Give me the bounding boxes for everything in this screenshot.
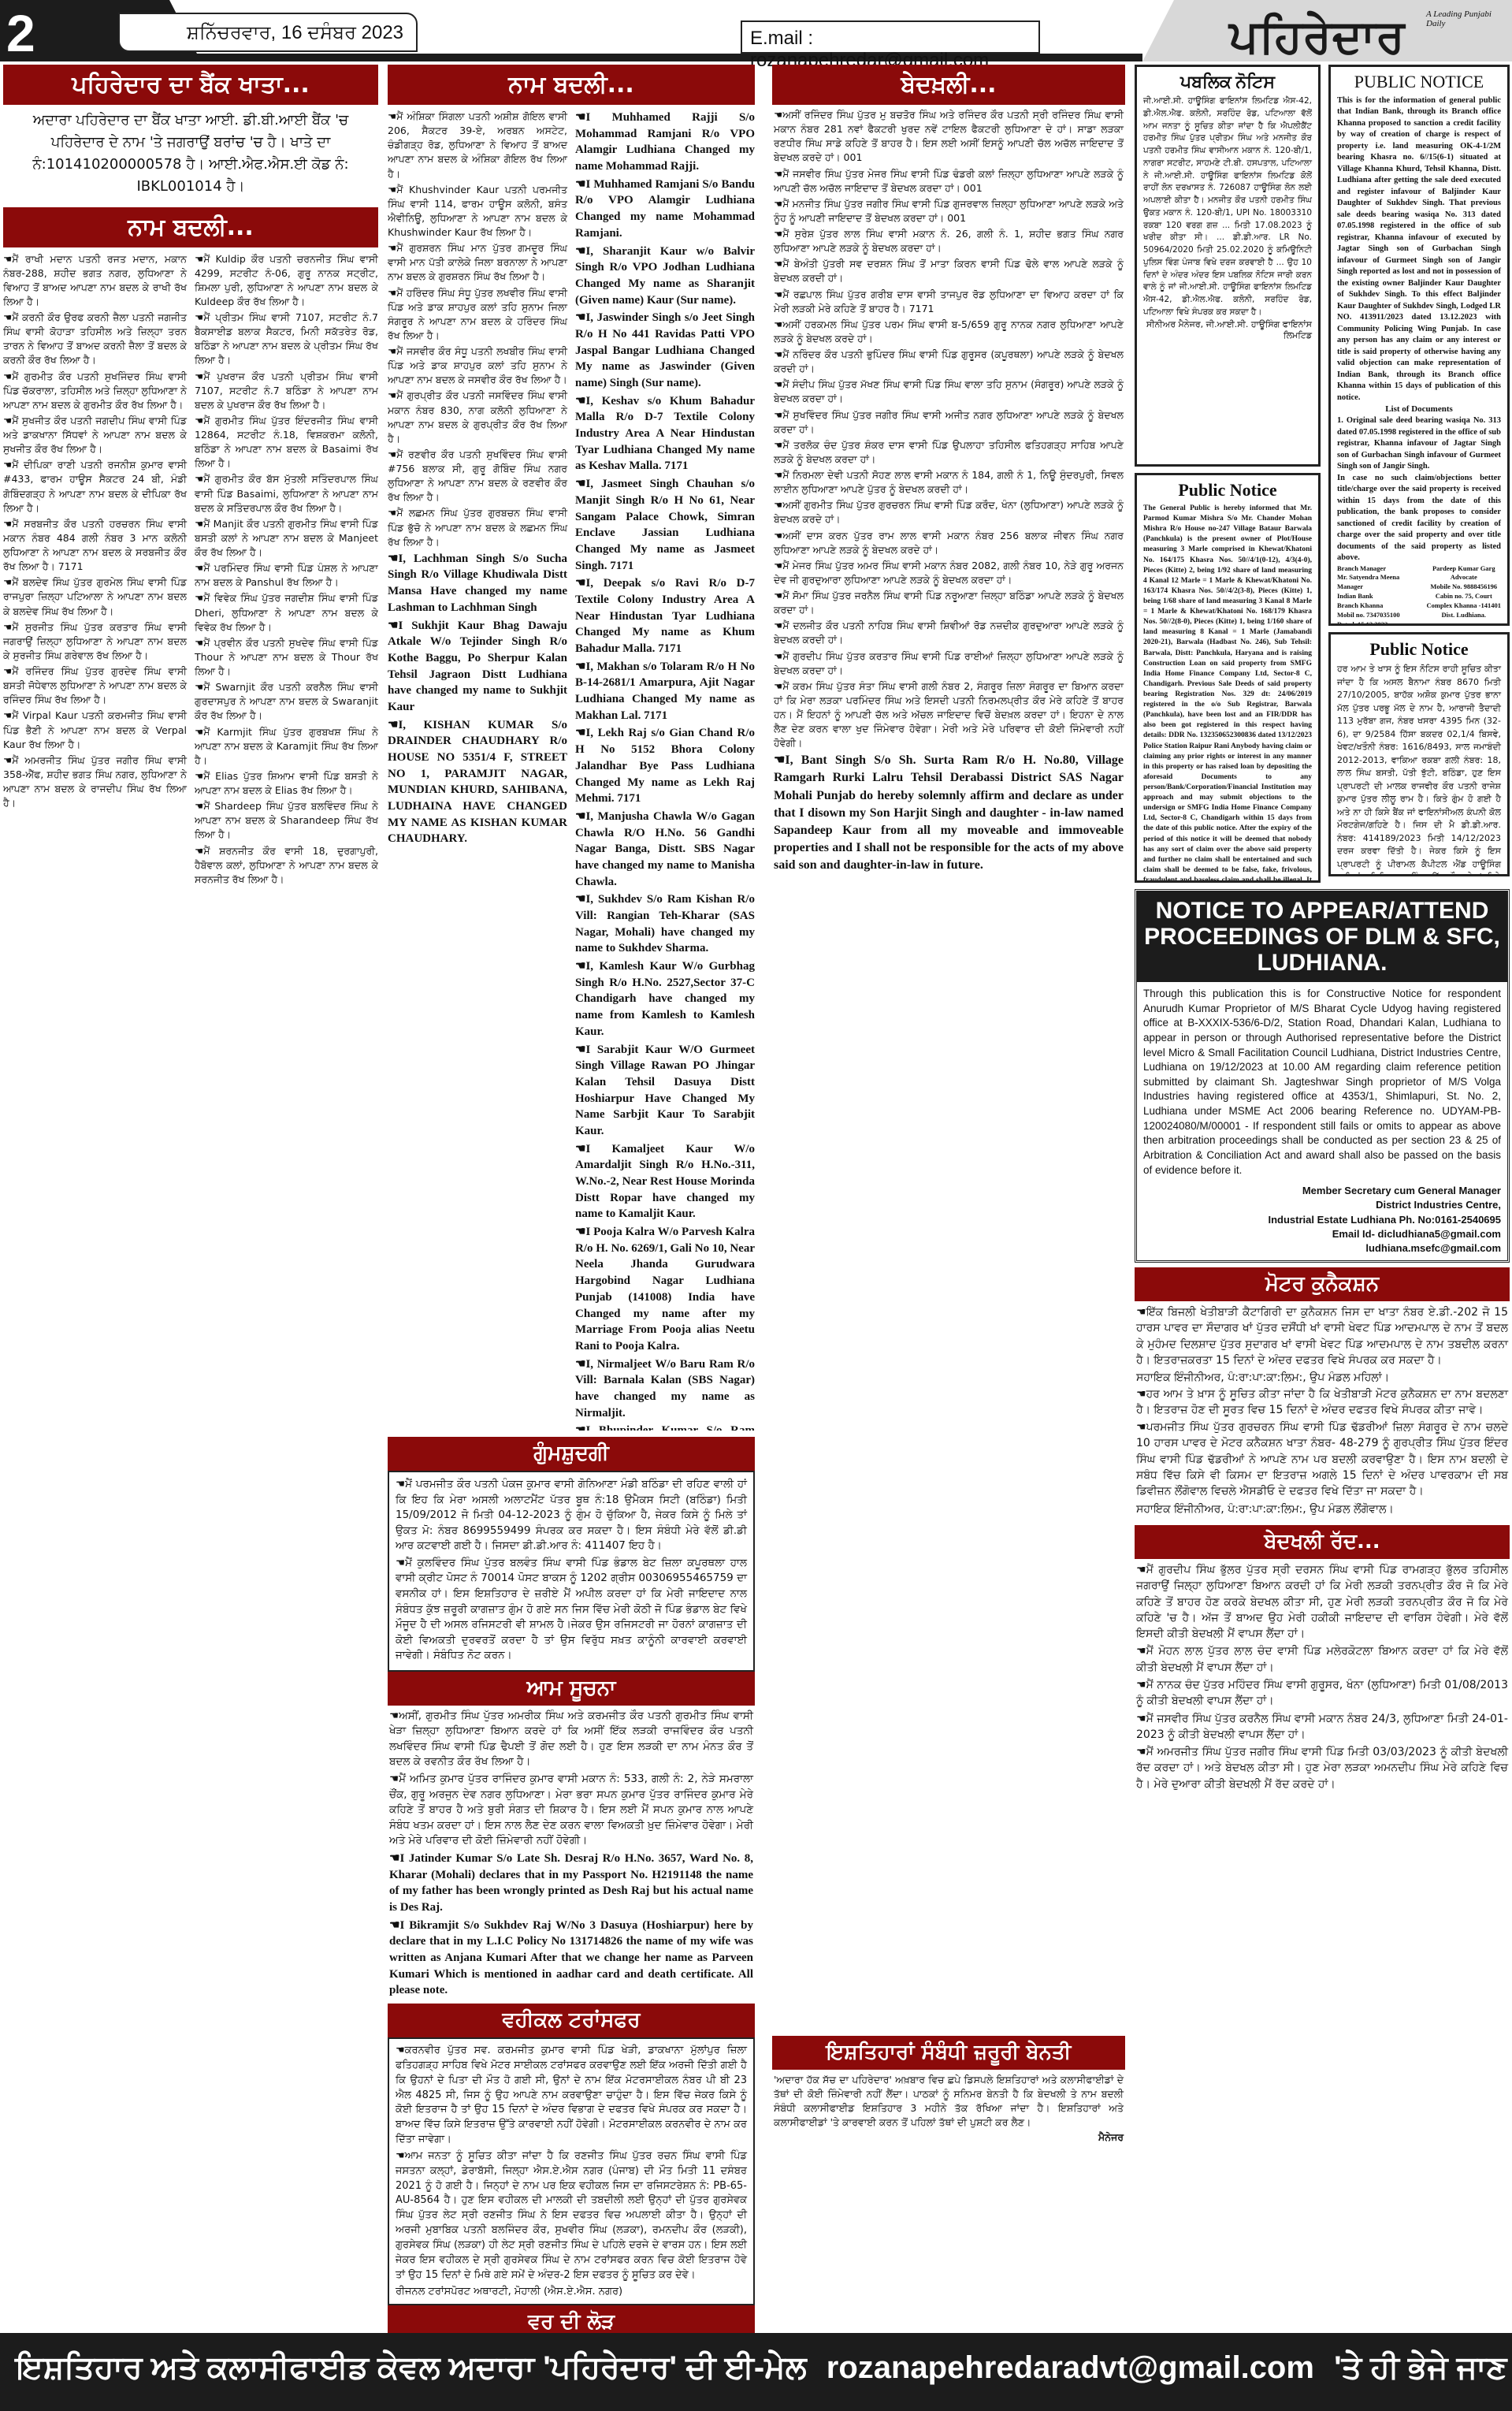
sig-line: Dist. Ludhiana. [1427,611,1501,620]
sig-line[interactable]: ludhiana.msefc@gmail.com [1143,1241,1501,1256]
dlm-notice: NOTICE TO APPEAR/ATTEND PROCEEDINGS OF D… [1135,889,1510,1263]
list-item: ਮੈਂ ਨਰਿੰਦਰ ਕੌਰ ਪਤਨੀ ਭੁਪਿੰਦਰ ਸਿੰਘ ਵਾਸੀ ਪਿ… [774,348,1124,376]
list-item: I, Bant Singh S/o Sh. Surta Ram R/o H. N… [774,752,1124,874]
ads-request-signature: ਮੈਨੇਜਰ [774,2130,1124,2145]
bathinda-notice-text: ਹਰ ਆਮ ਤੇ ਖਾਸ ਨੂੰ ਇਸ ਨੋਟਿਸ ਰਾਹੀ ਸੂਚਿਤ ਕੀਤ… [1337,663,1501,876]
list-item: I Sukhjit Kaur Bhag Dawaju Atkale W/o Te… [388,618,567,716]
list-item: ਮੈਂ ਸੁਖਵਿੰਦਰ ਸਿੰਘ ਪੁੱਤਰ ਜਗੀਰ ਸਿੰਘ ਵਾਸੀ ਅ… [774,408,1124,437]
list-item: ਮੈਂ ਗੁਰਦੀਪ ਸਿੰਘ ਪੁੱਤਰ ਕਰਤਾਰ ਸਿੰਘ ਵਾਸੀ ਪਿ… [774,649,1124,678]
name-change-mid-col-2: I Muhhamed Rajji S/o Mohammad Ramjani R/… [575,110,755,1431]
list-item: I Jatinder Kumar S/o Late Sh. Desraj R/o… [389,1851,753,1916]
missing-box: ਮੈਂ ਪਰਮਜੀਤ ਕੌਰ ਪਤਨੀ ਪੰਕਜ ਕੁਮਾਰ ਵਾਸੀ ਗੋਨਿ… [388,1471,755,1672]
list-item: I, Lachhman Singh S/o Sucha Singh R/o Vi… [388,551,567,616]
motor-signature: ਸਹਾਇਕ ਇੰਜੀਨੀਅਰ, ਪੰ:ਰਾ:ਪਾ:ਕਾ:ਲਿਮ:, ਉਪ ਮੰਡ… [1136,1370,1508,1386]
sig-line: Mobil no. 7347035100 [1337,611,1400,620]
sig-line: Advocate [1427,573,1501,582]
list-item: ਮੈਂ ਸ਼ਰਨਜੀਤ ਕੌਰ ਵਾਸੀ 18, ਦੁਰਗਾਪੁਰੀ, ਹੈਬੋ… [195,844,378,887]
masthead: 2 ਸ਼ਨਿੱਚਰਵਾਰ, 16 ਦਸੰਬਰ 2023 E.mail : roz… [0,0,1512,63]
list-item: ਮੈਂ ਵਿਵੇਕ ਸਿੰਘ ਪੁੱਤਰ ਜਗਦੀਸ਼ ਸਿੰਘ ਵਾਸੀ ਪਿ… [195,591,378,634]
sig-line: Mr. Satyendra Meena [1337,573,1400,582]
bathinda-public-notice: Public Notice ਹਰ ਆਮ ਤੇ ਖਾਸ ਨੂੰ ਇਸ ਨੋਟਿਸ … [1328,632,1510,876]
list-item: I, Keshav s/o Khum Bahadur Malla R/o D-7… [575,393,755,474]
name-change-mid-header: ਨਾਮ ਬਦਲੀ... [388,65,755,105]
list-item: I Muhhamed Ramjani S/o Bandu R/o VPO Ala… [575,177,755,242]
smfg-notice-text: The General Public is hereby informed th… [1143,504,1312,883]
list-item: ਇੱਕ ਬਿਜਲੀ ਖੇਤੀਬਾੜੀ ਕੈਟਾਗਿਰੀ ਦਾ ਕੁਨੈਕਸ਼ਨ … [1136,1304,1508,1368]
list-item: ਅਸੀਂ ਦਾਸ ਕਰਨ ਪੁੱਤਰ ਰਾਮ ਲਾਲ ਵਾਸੀ ਮਕਾਨ ਨੰਬ… [774,529,1124,557]
list-item: ਅਸੀਂ ਰਜਿੰਦਰ ਸਿੰਘ ਪੁੱਤਰ ਮੁ ਬਚਤੋਰ ਸਿੰਘ ਅਤੇ… [774,108,1124,166]
sig-line: Branch Manager [1337,564,1400,574]
docs-title: List of Documents [1337,404,1501,415]
list-item: ਪਰਮਜੀਤ ਸਿੰਘ ਪੁੱਤਰ ਗੁਰਚਰਨ ਸਿੰਘ ਵਾਸੀ ਪਿੰਡ … [1136,1419,1508,1499]
smfg-notice-title: Public Notice [1143,480,1312,500]
list-item: ਮੈਂ ਰਣਵੀਰ ਕੌਰ ਪਤਨੀ ਸੁਖਵਿੰਦਰ ਸਿੰਘ ਵਾਸੀ #7… [388,448,567,505]
list-item: I Sarabjit Kaur W/O Gurmeet Singh Villag… [575,1042,755,1140]
list-item: ਮੈਂ Khushvinder Kaur ਪਤਨੀ ਪਰਮਜੀਤ ਸਿੰਘ ਵਾ… [388,183,567,240]
list-item: ਮੈਂ ਸੁਰਜੀਤ ਸਿੰਘ ਪੁੱਤਰ ਕਰਤਾਰ ਸਿੰਘ ਵਾਸੀ ਜਗ… [3,620,187,663]
list-item: ਮੈਂ ਬੇਅੰਤੀ ਪੁੱਤਰੀ ਸਵ ਦਰਸ਼ਨ ਸਿੰਘ ਤੋਂ ਮਾਤਾ… [774,257,1124,285]
list-item: ਮੈਂ Shardeep ਸਿੰਘ ਪੁੱਤਰ ਬਲਵਿੰਦਰ ਸਿੰਘ ਨੇ … [195,799,378,842]
list-item: ਮੈਂ ਸੁਰੇਸ਼ ਪੁੱਤਰ ਲਾਲ ਸਿੰਘ ਵਾਸੀ ਮਕਾਨ ਨੰ. … [774,227,1124,255]
list-item: ਮੈਂ ਗੁਰਮੀਤ ਸਿੰਘ ਪੁੱਤਰ ਇੰਦਰਜੀਤ ਸਿੰਘ ਵਾਸੀ … [195,414,378,471]
list-item: ਮੈਂ ਮੋਹਨ ਲਾਲ ਪੁੱਤਰ ਲਾਲ ਚੰਦ ਵਾਸੀ ਪਿੰਡ ਮਲੇ… [1136,1643,1508,1676]
closing-text: In case no such claim/objections better … [1337,473,1501,564]
name-change-col-2: ਮੈਂ Kuldip ਕੌਰ ਪਤਨੀ ਚਰਨਜੀਤ ਸਿੰਘ ਵਾਸੀ 429… [195,252,378,2333]
punjabi-notice-title: ਪਬਲਿਕ ਨੋਟਿਸ [1143,72,1312,92]
list-item: ਮੈਂ ਗੁਰਦੀਪ ਸਿੰਘ ਭੁੱਲਰ ਪੁੱਤਰ ਸ੍ਰੀ ਦਰਸਨ ਸਿ… [1136,1562,1508,1642]
ads-request-body: 'ਅਦਾਰਾ ਹੱਕ ਸੱਚ ਦਾ ਪਹਿਰੇਦਾਰ' ਅਖ਼ਬਾਰ ਵਿਚ ਛ… [772,2070,1125,2148]
indian-bank-notice-text: This is for the information of general p… [1337,95,1501,404]
notices-top-row: ਪਬਲਿਕ ਨੋਟਿਸ ਜੀ.ਆਈ.ਸੀ. ਹਾਊਸਿੰਗ ਫਾਇਨਾਂਸ ਲਿ… [1135,65,1510,883]
name-change-list: ਮੈਂ ਰਾਖੀ ਮਦਾਨ ਪਤਨੀ ਰਜਤ ਮਦਾਨ, ਮਕਾਨ ਨੰਬਰ-2… [3,252,378,2333]
list-item: ਅਸੀਂ ਗੁਰਮੀਤ ਸਿੰਘ ਪੁੱਤਰ ਗੁਰਚਰਨ ਸਿੰਘ ਵਾਸੀ … [774,498,1124,526]
list-item: ਮੈਂ ਅਮਰਜੀਤ ਸਿੰਘ ਪੁੱਤਰ ਜਗੀਰ ਸਿੰਘ ਵਾਸੀ ਪਿੰ… [1136,1744,1508,1792]
general-notice-header: ਆਮ ਸੂਚਨਾ [388,1672,755,1706]
footer-email[interactable]: rozanapehredaradvt@gmail.com [827,2350,1314,2385]
indian-bank-notice-title: PUBLIC NOTICE [1337,72,1501,92]
list-item: ਮੈਂ ਅਮਿਤ ਕੁਮਾਰ ਪੁੱਤਰ ਰਾਜਿੰਦਰ ਕੁਮਾਰ ਵਾਸੀ … [389,1772,753,1849]
list-item: ਮੈਂ Karmjit ਸਿੰਘ ਪੁੱਤਰ ਗੁਰਬਖਸ਼ ਸਿੰਘ ਨੇ ਆ… [195,725,378,768]
list-item: I, Kamlesh Kaur W/o Gurbhag Singh R/o H.… [575,958,755,1040]
list-item: ਮੈਂ ਸੁਖਜੀਤ ਕੌਰ ਪਤਨੀ ਜਗਦੀਪ ਸਿੰਘ ਵਾਸੀ ਪਿੰਡ… [3,414,187,456]
sig-line: Indian Bank [1337,592,1400,601]
list-item: ਮੈਂ ਅਮਰਜੀਤ ਸਿੰਘ ਪੁੱਤਰ ਜਗੀਰ ਸਿੰਘ ਵਾਸੀ 358… [3,753,187,811]
motor-connection-body: ਇੱਕ ਬਿਜਲੀ ਖੇਤੀਬਾੜੀ ਕੈਟਾਗਿਰੀ ਦਾ ਕੁਨੈਕਸ਼ਨ … [1135,1301,1510,1520]
sig-right: Pardeep Kumar Garg Advocate Mobile No. 9… [1427,564,1501,626]
list-item: ਮੈਂ ਗੁਰਸ਼ਰਨ ਸਿੰਘ ਮਾਨ ਪੁੱਤਰ ਗਮਦੂਰ ਸਿੰਘ ਵਾ… [388,241,567,284]
missing-header: ਗੁੰਮਸ਼ੁਦਗੀ [388,1437,755,1471]
list-item: ਮੈਂ ਮਨਜੀਤ ਸਿੰਘ ਪੁੱਤਰ ਜਗੀਰ ਸਿੰਘ ਵਾਸੀ ਪਿੰਡ… [774,197,1124,225]
dlm-notice-signature: Member Secretary cum General Manager Dis… [1143,1184,1501,1256]
list-item: ਮੈਂ ਗੁਰਮੀਤ ਕੌਰ ਬੱਸ ਮੁੱਤਲੀ ਸਤਿੰਦਰਪਾਲ ਸਿੰਘ… [195,472,378,515]
list-item: ਮੈਂ ਅੰਸ਼ਿਕਾ ਸਿੰਗਲਾ ਪਤਨੀ ਅਸ਼ੀਸ਼ ਗੋਇਲ ਵਾਸੀ… [388,110,567,181]
list-item: ਮੈਂ ਪੁਖਰਾਜ ਕੌਰ ਪਤਨੀ ਪ੍ਰੀਤਮ ਸਿੰਘ ਵਾਸੀ 710… [195,370,378,412]
disown-revoke-body: ਮੈਂ ਗੁਰਦੀਪ ਸਿੰਘ ਭੁੱਲਰ ਪੁੱਤਰ ਸ੍ਰੀ ਦਰਸਨ ਸਿ… [1135,1559,1510,1977]
disown-header: ਬੇਦਖ਼ਲੀ... [772,65,1125,105]
disown-revoke-header: ਬੇਦਖਲੀ ਰੱਦ... [1135,1525,1510,1559]
list-item: ਮੈਂ ਰਾਖੀ ਮਦਾਨ ਪਤਨੀ ਰਜਤ ਮਦਾਨ, ਮਕਾਨ ਨੰਬਰ-2… [3,252,187,310]
sig-line[interactable]: Email Id- dicludhiana5@gmail.com [1143,1227,1501,1241]
name-change-col-1: ਮੈਂ ਰਾਖੀ ਮਦਾਨ ਪਤਨੀ ਰਜਤ ਮਦਾਨ, ਮਕਾਨ ਨੰਬਰ-2… [3,252,187,2333]
sig-line: District Industries Centre, [1143,1198,1501,1212]
list-item: ਮੈਂ ਜਸਵੀਰ ਕੌਰ ਸੰਧੂ ਪਤਨੀ ਲਖਬੀਰ ਸਿੰਘ ਵਾਸੀ … [388,344,567,387]
list-item: ਮੈਂ ਲਛਮਨ ਸਿੰਘ ਪੁੱਤਰ ਗੁਰਬਚਨ ਸਿੰਘ ਵਾਸੀ ਪਿੰ… [388,506,567,549]
contact-email[interactable]: E.mail : rozanapehredar@gmail.com [741,20,1040,54]
list-item: ਮੈਂ ਸਰਬਜੀਤ ਕੌਰ ਪਤਨੀ ਹਰਚਰਨ ਸਿੰਘ ਵਾਸੀ ਮਕਾਨ… [3,517,187,575]
list-item: ਮੈਂ ਗੁਰਪ੍ਰੀਤ ਕੌਰ ਪਤਨੀ ਜਸਵਿੰਦਰ ਸਿੰਘ ਵਾਸੀ … [388,389,567,446]
list-item: ਮੈਂ Manjit ਕੌਰ ਪਤਨੀ ਗੁਰਮੀਤ ਸਿੰਘ ਵਾਸੀ ਪਿੰ… [195,517,378,560]
list-item: I Bhupinder Kumar S/o Ram Kumar R/o H.No… [575,1423,755,1431]
list-item: I, Sharanjit Kaur w/o Balvir Singh R/o V… [575,244,755,309]
name-change-mid-list: ਮੈਂ ਅੰਸ਼ਿਕਾ ਸਿੰਗਲਾ ਪਤਨੀ ਅਸ਼ੀਸ਼ ਗੋਇਲ ਵਾਸੀ… [388,110,755,1431]
ads-request-text: 'ਅਦਾਰਾ ਹੱਕ ਸੱਚ ਦਾ ਪਹਿਰੇਦਾਰ' ਅਖ਼ਬਾਰ ਵਿਚ ਛ… [774,2073,1124,2130]
page-number: 2 [6,3,35,63]
sig-line: Complex Khanna -141401 [1427,601,1501,611]
column-right: ਪਬਲਿਕ ਨੋਟਿਸ ਜੀ.ਆਈ.ਸੀ. ਹਾਊਸਿੰਗ ਫਾਇਨਾਂਸ ਲਿ… [1135,65,1510,1977]
list-item: ਮੈਂ ਪਰਮਜੀਤ ਕੌਰ ਪਤਨੀ ਪੰਕਜ ਕੁਮਾਰ ਵਾਸੀ ਗੋਨਿ… [396,1477,747,1554]
list-item: ਮੈਂ ਪ੍ਰੀਤਮ ਸਿੰਘ ਵਾਸੀ 7107, ਸਟਰੀਟ ਨੰ.7 ਬੈ… [195,311,378,368]
list-item: I, Nirmaljeet W/o Baru Ram R/o Vill: Bar… [575,1356,755,1422]
column-middle-right: ਬੇਦਖ਼ਲੀ... ਅਸੀਂ ਰਜਿੰਦਰ ਸਿੰਘ ਪੁੱਤਰ ਮੁ ਬਚਤ… [772,65,1125,2148]
disown-list: ਅਸੀਂ ਰਜਿੰਦਰ ਸਿੰਘ ਪੁੱਤਰ ਮੁ ਬਚਤੋਰ ਸਿੰਘ ਅਤੇ… [772,105,1125,2028]
list-item: ਮੈਂ ਸੋਮਾ ਸਿੰਘ ਪੁੱਤਰ ਜਰਨੈਲ ਸਿੰਘ ਵਾਸੀ ਪਿੰਡ… [774,589,1124,617]
list-item: ਮੈਂ ਰਜਿੰਦਰ ਸਿੰਘ ਪੁੱਤਰ ਗੁਰਦੇਵ ਸਿੰਘ ਵਾਸੀ ਬ… [3,664,187,707]
vehicle-transfer-box: ਕਰਨਵੀਰ ਪੁੱਤਰ ਸਵ. ਕਰਮਜੀਤ ਕੁਮਾਰ ਵਾਸੀ ਪਿੰਡ … [388,2037,755,2305]
list-item: ਮੈਂ ਨਾਨਕ ਚੰਦ ਪੁੱਤਰ ਮਹਿੰਦਰ ਸਿੰਘ ਵਾਸੀ ਗੁਰੂ… [1136,1677,1508,1710]
list-item: I Bikramjit S/o Sukhdev Raj W/No 3 Dasuy… [389,1918,753,1999]
list-item: ਕਰਨਵੀਰ ਪੁੱਤਰ ਸਵ. ਕਰਮਜੀਤ ਕੁਮਾਰ ਵਾਸੀ ਪਿੰਡ … [396,2044,747,2148]
vehicle-transfer-signature: ਰੀਜਨਲ ਟਰਾਂਸਪੋਰਟ ਅਥਾਰਟੀ, ਮੋਹਾਲੀ (ਐਸ.ਏ.ਐਸ.… [396,2285,747,2300]
name-change-mid-col-1: ਮੈਂ ਅੰਸ਼ਿਕਾ ਸਿੰਗਲਾ ਪਤਨੀ ਅਸ਼ੀਸ਼ ਗੋਇਲ ਵਾਸੀ… [388,110,567,1431]
bank-account-header: ਪਹਿਰੇਦਾਰ ਦਾ ਬੈਂਕ ਖਾਤਾ... [3,65,378,105]
tagline: A Leading Punjabi Daily [1426,9,1512,28]
list-item: ਮੈਂ ਸੰਦੀਪ ਸਿੰਘ ਪੁੱਤਰ ਮੱਖਣ ਸਿੰਘ ਵਾਸੀ ਪਿੰਡ… [774,378,1124,406]
list-item: I, Lekh Raj s/o Gian Chand R/o H No 5152… [575,725,755,806]
sig-line: Industrial Estate Ludhiana Ph. No:0161-2… [1143,1213,1501,1227]
issue-date: ਸ਼ਨਿੱਚਰਵਾਰ, 16 ਦਸੰਬਰ 2023 [118,13,418,52]
motor-signature: ਸਹਾਇਕ ਇੰਜੀਨੀਅਰ, ਪੰ:ਰਾ:ਪਾ:ਕਾ:ਲਿਮ:, ਉਪ ਮੰਡ… [1136,1501,1508,1517]
list-item: ਮੈਂ ਕੁਲਵਿੰਦਰ ਸਿੰਘ ਪੁੱਤਰ ਬਲਵੰਤ ਸਿੰਘ ਵਾਸੀ … [396,1556,747,1664]
sig-line: Branch Khanna [1337,601,1400,611]
ads-request-header: ਇਸ਼ਤਿਹਾਰਾਂ ਸੰਬੰਧੀ ਜ਼ਰੂਰੀ ਬੇਨਤੀ [772,2036,1125,2070]
motor-connection-header: ਮੋਟਰ ਕੁਨੈਕਸ਼ਨ [1135,1267,1510,1301]
sig-line: Dated. 15.12.2023. [1337,620,1400,626]
list-item: ਮੈਂ ਬਲਦੇਵ ਸਿੰਘ ਪੁੱਤਰ ਗੁਰਮੇਲ ਸਿੰਘ ਵਾਸੀ ਪਿ… [3,575,187,618]
list-item: I, Deepak s/o Ravi R/o D-7 Textile Colon… [575,575,755,657]
list-item: I, KISHAN KUMAR S/o DRAINDER CHAUDHARY R… [388,717,567,848]
list-item: ਮੈਂ ਹਰਿੰਦਰ ਸਿੰਘ ਸੰਧੂ ਪੁੱਤਰ ਲਖਵੀਰ ਸਿੰਘ ਵਾ… [388,286,567,344]
list-item: ਮੈਂ ਨਿਰਮਲਾ ਦੇਵੀ ਪਤਨੀ ਸੋਹਣ ਲਾਲ ਵਾਸੀ ਮਕਾਨ … [774,468,1124,497]
indian-bank-signatures: Branch Manager Mr. Satyendra Meena Manag… [1337,564,1501,626]
list-item: ਮੈਂ Elias ਪੁੱਤਰ ਸ਼ਿਆਮ ਵਾਸੀ ਪਿੰਡ ਬਸਤੀ ਨੇ … [195,769,378,798]
list-item: ਮੈਂ ਦਲਜੀਤ ਕੌਰ ਪਤਨੀ ਨਾਹਿਬ ਸਿੰਘ ਵਾਸੀ ਸ਼ਿਵੀ… [774,619,1124,647]
indian-bank-notice: PUBLIC NOTICE This is for the informatio… [1328,65,1510,626]
list-item: ਮੈਂ ਦੀਪਿਕਾ ਰਾਣੀ ਪਤਨੀ ਰਜਨੀਸ਼ ਕੁਮਾਰ ਵਾਸੀ #… [3,458,187,515]
list-item: ਮੈਂ ਕਰਨੀ ਕੌਰ ਉਰਫ ਕਰਨੀ ਜ਼ੈਲਾ ਪਤਨੀ ਜਗਜੀਤ ਸ… [3,311,187,368]
punjabi-notice-signature: ਸੀਨੀਅਰ ਮੈਨੇਜਰ, ਜੀ.ਆਈ.ਸੀ. ਹਾਊਸਿੰਗ ਫਾਇਨਾਂਸ… [1143,319,1312,341]
column-left: ਪਹਿਰੇਦਾਰ ਦਾ ਬੈਂਕ ਖਾਤਾ... ਅਦਾਰਾ ਪਹਿਰੇਦਾਰ … [3,65,378,2333]
notices-left-stack: ਪਬਲਿਕ ਨੋਟਿਸ ਜੀ.ਆਈ.ਸੀ. ਹਾਊਸਿੰਗ ਫਾਇਨਾਂਸ ਲਿ… [1135,65,1321,883]
list-item: I Muhhamed Rajji S/o Mohammad Ramjani R/… [575,110,755,175]
notices-right-stack: PUBLIC NOTICE This is for the informatio… [1328,65,1510,876]
punjabi-notice-text: ਜੀ.ਆਈ.ਸੀ. ਹਾਊਸਿੰਗ ਫਾਇਨਾਂਸ ਲਿਮਟਿਡ ਐਸ-42, … [1143,95,1312,319]
dlm-notice-body: Through this publication this is for Con… [1137,982,1507,1260]
list-item: I, Sukhdev S/o Ram Kishan R/o Vill: Rang… [575,891,755,957]
list-item: I Pooja Kalra W/o Parvesh Kalra R/o H. N… [575,1224,755,1355]
sig-line: Member Secretary cum General Manager [1143,1184,1501,1198]
list-item: ਮੈਂ ਪ੍ਰਵੀਨ ਕੌਰ ਪਤਨੀ ਸੁਖਦੇਵ ਸਿੰਘ ਵਾਸੀ ਪਿੰ… [195,636,378,679]
list-item: ਮੈਂ Kuldip ਕੌਰ ਪਤਨੀ ਚਰਨਜੀਤ ਸਿੰਘ ਵਾਸੀ 429… [195,252,378,310]
dlm-notice-text: Through this publication this is for Con… [1143,987,1501,1178]
list-item: ਹਰ ਆਮ ਤੇ ਖ਼ਾਸ ਨੂੰ ਸੂਚਿਤ ਕੀਤਾ ਜਾਂਦਾ ਹੈ ਕਿ… [1136,1386,1508,1419]
bank-account-text: ਅਦਾਰਾ ਪਹਿਰੇਦਾਰ ਦਾ ਬੈਂਕ ਖਾਤਾ ਆਈ. ਡੀ.ਬੀ.ਆਈ… [3,105,378,203]
column-middle-left: ਨਾਮ ਬਦਲੀ... ਮੈਂ ਅੰਸ਼ਿਕਾ ਸਿੰਗਲਾ ਪਤਨੀ ਅਸ਼ੀ… [388,65,755,2376]
bathinda-notice-title: Public Notice [1337,639,1501,660]
footer-banner: ਇਸ਼ਤਿਹਾਰ ਅਤੇ ਕਲਾਸੀਫਾਈਡ ਕੇਵਲ ਅਦਾਰਾ 'ਪਹਿਰੇ… [0,2333,1512,2411]
footer-text: ਇਸ਼ਤਿਹਾਰ ਅਤੇ ਕਲਾਸੀਫਾਈਡ ਕੇਵਲ ਅਦਾਰਾ 'ਪਹਿਰੇ… [16,2350,807,2385]
list-item: ਮੈਂ Virpal Kaur ਪਤਨੀ ਕਰਮਜੀਤ ਸਿੰਘ ਵਾਸੀ ਪਿ… [3,709,187,751]
list-item: ਮੈਂ ਕਰਮ ਸਿੰਘ ਪੁੱਤਰ ਸੰਤਾ ਸਿੰਘ ਵਾਸੀ ਗਲੀ ਨੰ… [774,679,1124,751]
list-item: I, Manjusha Chawla W/o Gagan Chawla R/O … [575,809,755,890]
dlm-notice-title: NOTICE TO APPEAR/ATTEND PROCEEDINGS OF D… [1137,891,1507,982]
list-item: ਆਮ ਜਨਤਾ ਨੂੰ ਸੂਚਿਤ ਕੀਤਾ ਜਾਂਦਾ ਹੈ ਕਿ ਰਣਜੀਤ… [396,2149,747,2283]
general-notice-body: ਅਸੀਂ, ਗੁਰਮੀਤ ਸਿੰਘ ਪੁੱਤਰ ਅਮਰੀਕ ਸਿੰਘ ਅਤੇ ਕ… [388,1706,755,2004]
list-item: ਮੈਂ ਪਰਮਿੰਦਰ ਸਿੰਘ ਵਾਸੀ ਪਿੰਡ ਪੰਸ਼ਲ ਨੇ ਆਪਣਾ… [195,561,378,590]
list-item: ਮੈਂ Swarnjit ਕੌਰ ਪਤਨੀ ਕਰਨੈਲ ਸਿੰਘ ਵਾਸੀ ਗੁ… [195,680,378,723]
list-item: I, Jaswinder Singh s/o Jeet Singh R/o H … [575,310,755,391]
list-item: I, Jasmeet Singh Chauhan s/o Manjit Sing… [575,476,755,574]
newspaper-logo: ਪਹਿਰੇਦਾਰ [1229,9,1406,64]
name-change-header: ਨਾਮ ਬਦਲੀ... [3,207,378,247]
sig-line: Cabin no. 75, Court [1427,592,1501,601]
list-item: ਮੈਂ ਜਸਵੀਰ ਸਿੰਘ ਪੁੱਤਰ ਮੇਜਰ ਸਿੰਘ ਵਾਸੀ ਪਿੰਡ… [774,167,1124,195]
list-item: I, Makhan s/o Tolaram R/o H No B-14-2681… [575,659,755,724]
list-item: ਮੈਂ ਜਸਵੀਰ ਸਿੰਘ ਪੁੱਤਰ ਕਰਨੈਲ ਸਿੰਘ ਵਾਸੀ ਮਕਾ… [1136,1711,1508,1743]
footer-suffix: 'ਤੇ ਹੀ ਭੇਜੇ ਜਾਣ। [1334,2350,1512,2385]
list-item: I Kamaljeet Kaur W/o Amardaljit Singh R/… [575,1141,755,1222]
sig-line: Mobile No. 9888456196 [1427,582,1501,592]
sig-left: Branch Manager Mr. Satyendra Meena Manag… [1337,564,1400,626]
list-item: ਅਸੀਂ ਹਰਕਮਲ ਸਿੰਘ ਪੁੱਤਰ ਪਰਮ ਸਿੰਘ ਵਾਸੀ ਬ-5/… [774,318,1124,346]
docs-text: 1. Original sale deed bearing wasiqa No.… [1337,415,1501,472]
list-item: ਮੈਂ ਰਛਪਾਲ ਸਿੰਘ ਪੁੱਤਰ ਗਰੀਬ ਦਾਸ ਵਾਸੀ ਤਾਜਪੁ… [774,288,1124,316]
list-item: ਮੈਂ ਤਰਲੋਕ ਚੰਦ ਪੁੱਤਰ ਸ਼ੰਕਰ ਦਾਸ ਵਾਸੀ ਪਿੰਡ … [774,438,1124,467]
smfg-public-notice: Public Notice The General Public is here… [1135,473,1321,883]
vehicle-transfer-header: ਵਹੀਕਲ ਟਰਾਂਸਫਰ [388,2004,755,2037]
list-item: ਅਸੀਂ, ਗੁਰਮੀਤ ਸਿੰਘ ਪੁੱਤਰ ਅਮਰੀਕ ਸਿੰਘ ਅਤੇ ਕ… [389,1709,753,1770]
sig-line: Pardeep Kumar Garg [1427,564,1501,574]
sig-line: Manager [1337,582,1400,592]
punjabi-public-notice: ਪਬਲਿਕ ਨੋਟਿਸ ਜੀ.ਆਈ.ਸੀ. ਹਾਊਸਿੰਗ ਫਾਇਨਾਂਸ ਲਿ… [1135,65,1321,467]
list-item: ਮੈਂ ਗੁਰਮੀਤ ਕੌਰ ਪਤਨੀ ਸੁਖਜਿੰਦਰ ਸਿੰਘ ਵਾਸੀ ਪ… [3,370,187,412]
list-item: ਮੈਂ ਮੇਜਰ ਸਿੰਘ ਪੁੱਤਰ ਅਮਰ ਸਿੰਘ ਵਾਸੀ ਮਕਾਨ ਨ… [774,559,1124,587]
